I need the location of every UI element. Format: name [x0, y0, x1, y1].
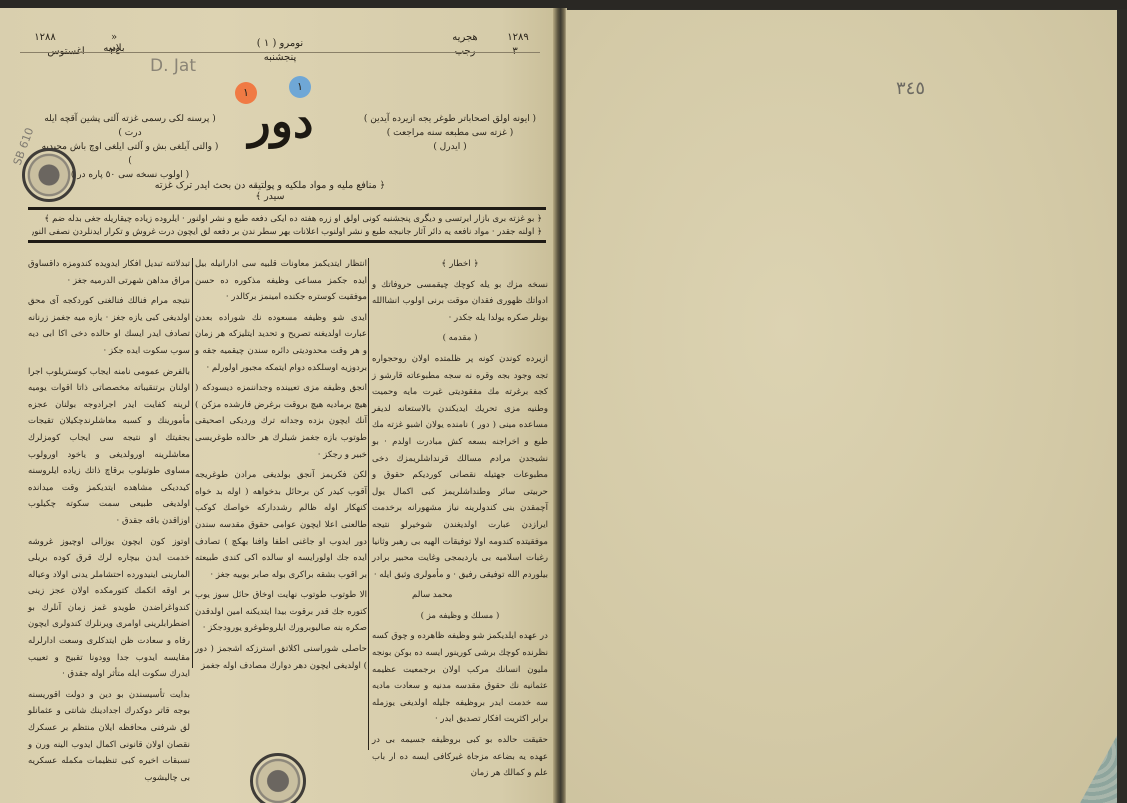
paragraph: حقیقت حالده بو كبی بروظیفه جسیمه بی در ع… — [372, 732, 548, 782]
paragraph: لكن فكریمز آنجق بولدیغی مرادن طوغریجه آق… — [195, 467, 367, 583]
column-heading: ﴿ اخطار ﴾ — [372, 256, 548, 273]
blank-page: ٣٤٥ — [566, 10, 1118, 803]
section-heading: ( مسلك و وظیفه مز ) — [372, 608, 548, 625]
hijri-year: ١٢٨٩ — [498, 32, 538, 43]
pencil-note: ٣٤٥ — [896, 78, 925, 99]
book-cover-edge — [1117, 10, 1127, 803]
paragraph: حاصلی شوراسنی اكلاتق استرزكه اشجمز ( دور… — [195, 641, 367, 674]
section-heading: ( مقدمه ) — [372, 330, 548, 347]
notice-line: ﴿ اولنه جقدر · مواد نافعه یه دائر آثار ج… — [32, 226, 542, 237]
issue-number: نومرو ( ١ ) — [240, 38, 320, 49]
notice-line: ﴿ بو غزته بری بازار ایرتسی و دیگری پنجشن… — [32, 213, 542, 224]
column-rule — [192, 258, 193, 668]
paragraph: نسخه مزك بو یله كوچك چیقمسی حروفاتك و اد… — [372, 277, 548, 327]
newspaper-subtitle: ﴿ منافع ملیه و مواد ملکیه و پولتیقه دن ب… — [150, 180, 390, 202]
contact-line: ( غزته سی مطبعه سنه مراجعت ) — [355, 126, 545, 140]
contact-line: ( ایونه اولق اصحاباتر طوغر یجه ازیرده آی… — [355, 112, 545, 126]
newspaper-page: « بلاديه ١٢٨٨ اغستوس ٢٤ هجريه ١٢٨٩ رجب ٣… — [0, 8, 556, 803]
paragraph: انجق وظیفه مزی تعیینده وجداننمزه دیسودكه… — [195, 380, 367, 463]
weekday: پنجشنبه — [240, 52, 320, 63]
column-2: انتظار ایتدیكمز معاونات قلبیه سی ادارانی… — [195, 256, 367, 678]
library-stamp-icon — [22, 148, 76, 202]
paragraph: انتظار ایتدیكمز معاونات قلبیه سی ادارانی… — [195, 256, 367, 306]
author-signature: محمد سالم — [372, 587, 548, 604]
newspaper-title: دور — [240, 98, 322, 144]
paragraph: ازیرده كوندن كونه پر ظلمتده اولان روحجوا… — [372, 351, 548, 583]
subscription-line: ( پرسنه لكی رسمی غزته آلتی پشین آقچه ایل… — [40, 112, 220, 140]
contact-line: ( ایدرل ) — [355, 140, 545, 154]
book-spine — [553, 8, 567, 803]
contact-info: ( ایونه اولق اصحاباتر طوغر یجه ازیرده آی… — [355, 112, 545, 154]
paragraph: الا طوتوب طوتوب نهایت اوخاق حائل سوز یوب… — [195, 587, 367, 637]
rule-bottom — [28, 240, 546, 243]
paragraph: نتیجه مرام فنالك فنالغنی كوردكجه آی محق … — [28, 293, 190, 359]
column-rule — [368, 258, 369, 750]
notice-box: ﴿ بو غزته بری بازار ایرتسی و دیگری پنجشن… — [28, 207, 546, 243]
paragraph: در عهده ایلدیكمز شو وظیفه ظاهرده و چوق ك… — [372, 628, 548, 728]
column-1: ﴿ اخطار ﴾ نسخه مزك بو یله كوچك چیقمسی حر… — [372, 256, 548, 786]
gregorian-year: ١٢٨٨ — [20, 32, 70, 43]
paragraph: اوتوز كون ایچون یوزالی اوچیوز غروشه خدمت… — [28, 534, 190, 683]
paragraph: بالفرض عمومی نامنه ایجاب كوستریلوب اجرا … — [28, 364, 190, 530]
paragraph: ایدی شو وظیفه مسعوده نك شوراده بعدن عبار… — [195, 310, 367, 376]
paragraph: بدایت تأسیسندن بو دین و دولت اقوریسنه بو… — [28, 687, 190, 787]
handwritten-note: D. Jat — [150, 56, 196, 76]
rule-top — [28, 207, 546, 210]
column-3: تبدلاتنه تبدیل افكار ایدویده كندومزه داق… — [28, 256, 190, 790]
library-stamp-icon — [250, 753, 306, 803]
paragraph: تبدلاتنه تبدیل افكار ایدویده كندومزه داق… — [28, 256, 190, 289]
hijri-era-label: هجريه — [445, 32, 485, 43]
